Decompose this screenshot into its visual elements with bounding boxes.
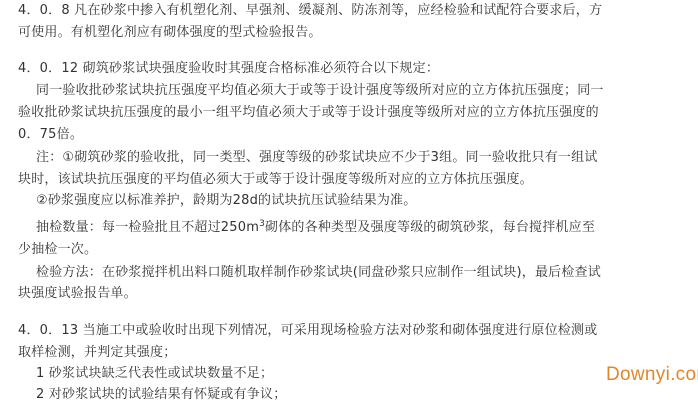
sampling-quantity-line-1: 抽检数量：每一检验批且不超过250m3砌体的各种类型及强度等级的砌筑砂浆，每台搅… [36, 218, 595, 238]
clause-4-0-13-line-1: 4．0．13 当施工中或验收时出现下列情况，可采用现场检验方法对砂浆和砌体强度进… [18, 321, 597, 341]
clause-4-0-8-line-2: 可使用。有机塑化剂应有砌体强度的型式检验报告。 [18, 23, 322, 43]
clause-4-0-12-heading: 4．0．12 砌筑砂浆试块强度验收时其强度合格标准必须符合以下规定： [18, 59, 439, 79]
clause-4-0-12-paragraph-line-2: 验收批砂浆试块抗压强度的最小一组平均值必须大于或等于设计强度等级所对应的立方体抗… [18, 103, 599, 123]
note-2: ②砂浆强度应以标准养护，龄期为28d的试块抗压试验结果为准。 [36, 191, 416, 211]
clause-4-0-12-paragraph-line-1: 同一验收批砂浆试块抗压强度平均值必须大于或等于设计强度等级所对应的立方体抗压强度… [36, 81, 604, 101]
clause-4-0-13-item-1: 1 砂浆试块缺乏代表性或试块数量不足； [36, 364, 273, 384]
clause-4-0-12-paragraph-line-3: 0．75倍。 [18, 125, 83, 145]
sampling-quantity-prefix: 抽检数量：每一检验批且不超过250m [36, 220, 259, 235]
inspection-method-line-1: 检验方法：在砂浆搅拌机出料口随机取样制作砂浆试块(同盘砂浆只应制作一组试块)，最… [36, 263, 601, 283]
superscript-cubed: 3 [259, 219, 265, 229]
sampling-quantity-line-2: 少抽检一次。 [18, 240, 97, 260]
clause-4-0-13-line-2: 取样检测，并判定其强度； [18, 343, 176, 363]
inspection-method-line-2: 块强度试验报告单。 [18, 284, 137, 304]
note-1-line-1: 注：①砌筑砂浆的验收批，同一类型、强度等级的砂浆试块应不少于3组。同一验收批只有… [36, 148, 598, 168]
watermark-logo: Downyi.com [606, 364, 698, 386]
clause-4-0-13-item-2: 2 对砂浆试块的试验结果有怀疑或有争议； [36, 385, 286, 401]
note-1-line-2: 块时，该试块抗压强度的平均值必须大于或等于设计强度等级所对应的立方体抗压强度。 [18, 170, 533, 190]
clause-4-0-8-line-1: 4．0．8 凡在砂浆中掺入有机塑化剂、早强剂、缓凝剂、防冻剂等，应经检验和试配符… [18, 1, 602, 21]
sampling-quantity-suffix: 砌体的各种类型及强度等级的砌筑砂浆，每台搅拌机应至 [265, 220, 595, 235]
